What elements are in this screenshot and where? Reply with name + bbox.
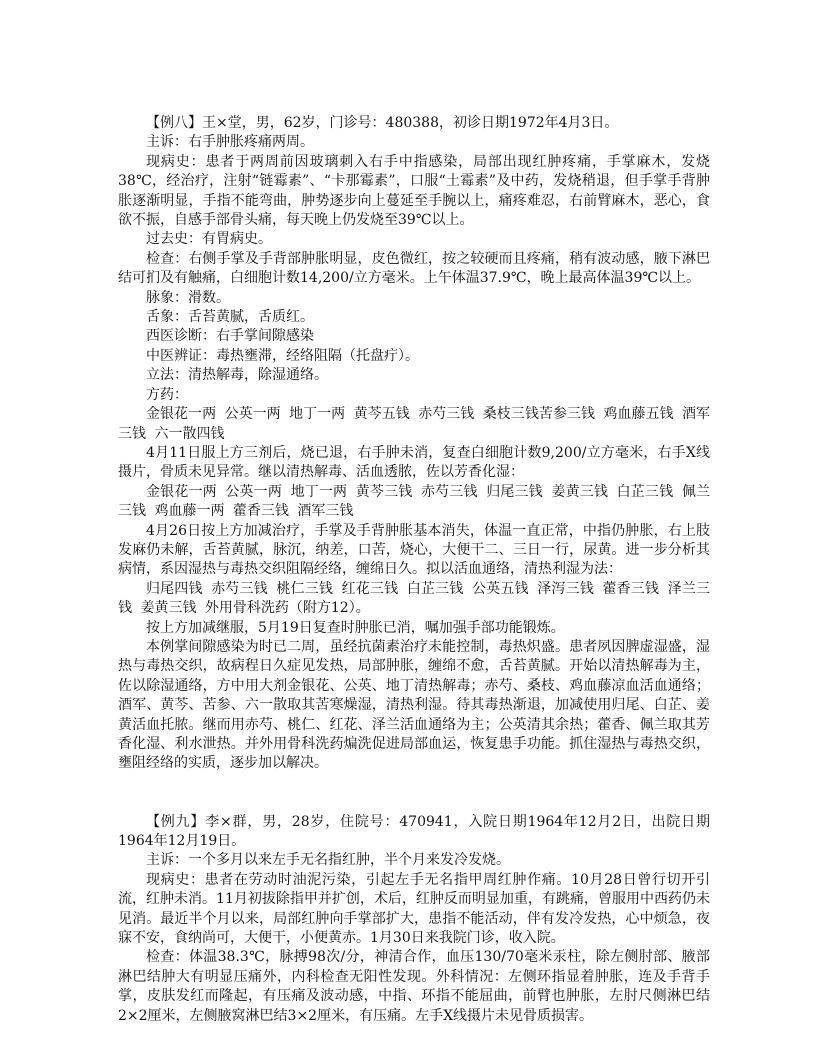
case8-tcm-differentiation: 中医辨证：毒热壅滞，经络阻隔（托盘疔）。 [118, 347, 710, 366]
case9-chief-complaint: 主诉：一个多月以来左手无名指红肿，半个月来发冷发烧。 [118, 851, 710, 870]
case8-prescription-2: 金银花一两 公英一两 地丁一两 黄芩三钱 赤芍三钱 归尾三钱 姜黄三钱 白芷三钱… [118, 483, 710, 522]
section-gap [118, 774, 710, 793]
case8-past-history: 过去史：有胃病史。 [118, 230, 710, 249]
case8-prescription-1: 金银花一两 公英一两 地丁一两 黄芩五钱 赤芍三钱 桑枝三钱苦参三钱 鸡血藤五钱… [118, 405, 710, 444]
case9-present-history: 现病史：患者在劳动时油泥污染，引起左手无名指甲周红肿作痛。10月28日曾行切开引… [118, 871, 710, 949]
section-gap [118, 793, 710, 812]
case8-prescription-label: 方药： [118, 386, 710, 405]
case8-treatment-principle: 立法：清热解毒，除湿通络。 [118, 366, 710, 385]
case8-followup-3: 按上方加减继服，5月19日复查时肿胀已消，嘱加强手部功能锻炼。 [118, 619, 710, 638]
case8-pulse: 脉象：滑数。 [118, 289, 710, 308]
case8-western-diagnosis: 西医诊断：右手掌间隙感染 [118, 327, 710, 346]
case8-followup-2: 4月26日按上方加减治疗，手掌及手背肿胀基本消失，体温一直正常，中指仍肿胀，右上… [118, 522, 710, 580]
case8-title: 【例八】王×堂，男，62岁，门诊号：480388，初诊日期1972年4月3日。 [118, 114, 710, 133]
case8-tongue: 舌象：舌苔黄腻，舌质红。 [118, 308, 710, 327]
case8-chief-complaint: 主诉：右手肿胀疼痛两周。 [118, 133, 710, 152]
document-page: 【例八】王×堂，男，62岁，门诊号：480388，初诊日期1972年4月3日。 … [118, 114, 710, 1026]
case9-examination: 检查：体温38.3℃，脉搏98次/分，神清合作，血压130/70毫米汞柱，除左侧… [118, 948, 710, 1026]
case8-commentary: 本例掌间隙感染为时已二周，虽经抗菌素治疗未能控制，毒热炽盛。患者夙因脾虚湿盛，湿… [118, 638, 710, 774]
case8-prescription-3: 归尾四钱 赤芍三钱 桃仁三钱 红花三钱 白芷三钱 公英五钱 泽泻三钱 藿香三钱 … [118, 580, 710, 619]
case8-examination: 检查：右侧手掌及手背部肿胀明显，皮色微红，按之较硬而且疼痛，稍有波动感，腋下淋巴… [118, 250, 710, 289]
case8-followup-1: 4月11日服上方三剂后，烧已退，右手肿未消，复查白细胞计数9,200/立方毫米，… [118, 444, 710, 483]
case9-title: 【例九】李×群，男，28岁，住院号：470941，入院日期1964年12月2日，… [118, 813, 710, 852]
case8-present-history: 现病史：患者于两周前因玻璃刺入右手中指感染，局部出现红肿疼痛，手掌麻木，发烧38… [118, 153, 710, 231]
